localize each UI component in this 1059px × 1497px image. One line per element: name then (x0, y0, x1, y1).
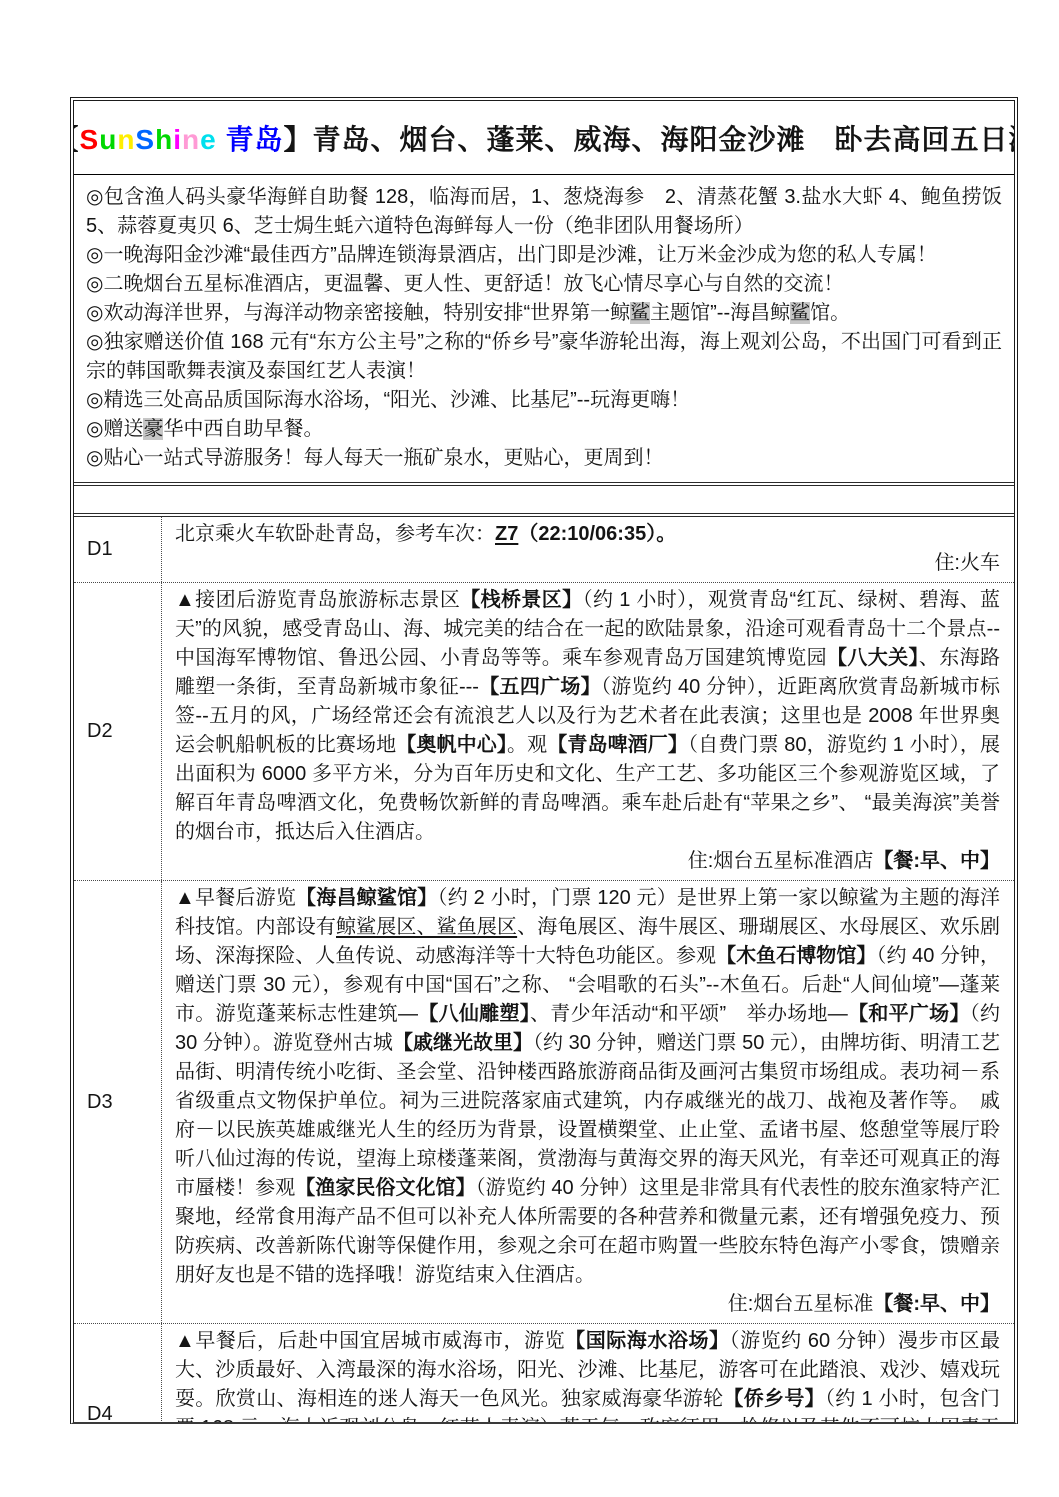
itinerary-row: D1 北京乘火车软卧赴青岛，参考车次：Z7（22:10/06:35）。 住:火车 (74, 517, 1014, 583)
day-content: 北京乘火车软卧赴青岛，参考车次：Z7（22:10/06:35）。 住:火车 (162, 517, 1014, 582)
itinerary-row: D2 ▲接团后游览青岛旅游标志景区【栈桥景区】（约 1 小时），观赏青岛“红瓦、… (74, 583, 1014, 881)
features-section: ◎包含渔人码头豪华海鲜自助餐 128，临海而居，1、葱烧海参 2、清蒸花蟹 3.… (74, 175, 1014, 486)
day-content: ▲早餐后游览【海昌鲸鲨馆】（约 2 小时，门票 120 元）是世界上第一家以鲸鲨… (162, 881, 1014, 1323)
day-content: ▲接团后游览青岛旅游标志景区【栈桥景区】（约 1 小时），观赏青岛“红瓦、绿树、… (162, 583, 1014, 880)
itinerary-table: D1 北京乘火车软卧赴青岛，参考车次：Z7（22:10/06:35）。 住:火车… (74, 513, 1014, 1424)
feature-item: ◎包含渔人码头豪华海鲜自助餐 128，临海而居，1、葱烧海参 2、清蒸花蟹 3.… (86, 183, 1002, 241)
day-label: D3 (74, 881, 162, 1323)
day-label: D4 (74, 1324, 162, 1424)
section-gap (74, 486, 1014, 513)
itinerary-row: D4 ▲早餐后，后赴中国宜居城市威海市，游览【国际海水浴场】（游览约 60 分钟… (74, 1324, 1014, 1424)
stay-info: 住:火车 (175, 549, 1000, 578)
day-description: ▲早餐后，后赴中国宜居城市威海市，游览【国际海水浴场】（游览约 60 分钟）漫步… (175, 1327, 1000, 1424)
day-content: ▲早餐后，后赴中国宜居城市威海市，游览【国际海水浴场】（游览约 60 分钟）漫步… (162, 1324, 1014, 1424)
document-frame: 【SunShine 青岛】青岛、烟台、蓬莱、威海、海阳金沙滩 卧去高回五日游 ◎… (70, 97, 1018, 1424)
page-title: 【SunShine 青岛】青岛、烟台、蓬莱、威海、海阳金沙滩 卧去高回五日游 (70, 118, 1018, 158)
stay-info: 住:烟台五星标准【餐:早、中】 (175, 1290, 1000, 1319)
feature-item: ◎一晚海阳金沙滩“最佳西方”品牌连锁海景酒店，出门即是沙滩，让万米金沙成为您的私… (86, 241, 1002, 270)
feature-item: ◎二晚烟台五星标准酒店，更温馨、更人性、更舒适！放飞心情尽享心与自然的交流！ (86, 270, 1002, 299)
feature-item: ◎贴心一站式导游服务！每人每天一瓶矿泉水，更贴心，更周到！ (86, 444, 1002, 473)
day-label: D1 (74, 517, 162, 582)
day-label: D2 (74, 583, 162, 880)
feature-item: ◎赠送豪华中西自助早餐。 (86, 415, 1002, 444)
stay-info: 住:烟台五星标准酒店【餐:早、中】 (175, 847, 1000, 876)
feature-item: ◎独家赠送价值 168 元有“东方公主号”之称的“侨乡号”豪华游轮出海，海上观刘… (86, 328, 1002, 386)
itinerary-row: D3 ▲早餐后游览【海昌鲸鲨馆】（约 2 小时，门票 120 元）是世界上第一家… (74, 881, 1014, 1324)
feature-item: ◎欢动海洋世界，与海洋动物亲密接触，特别安排“世界第一鲸鲨主题馆”--海昌鲸鲨馆… (86, 299, 1002, 328)
feature-item: ◎精选三处高品质国际海水浴场，“阳光、沙滩、比基尼”--玩海更嗨！ (86, 386, 1002, 415)
document-title-row: 【SunShine 青岛】青岛、烟台、蓬莱、威海、海阳金沙滩 卧去高回五日游 (74, 101, 1014, 175)
day-description: 北京乘火车软卧赴青岛，参考车次：Z7（22:10/06:35）。 (175, 520, 1000, 549)
day-description: ▲接团后游览青岛旅游标志景区【栈桥景区】（约 1 小时），观赏青岛“红瓦、绿树、… (175, 586, 1000, 847)
day-description: ▲早餐后游览【海昌鲸鲨馆】（约 2 小时，门票 120 元）是世界上第一家以鲸鲨… (175, 884, 1000, 1290)
